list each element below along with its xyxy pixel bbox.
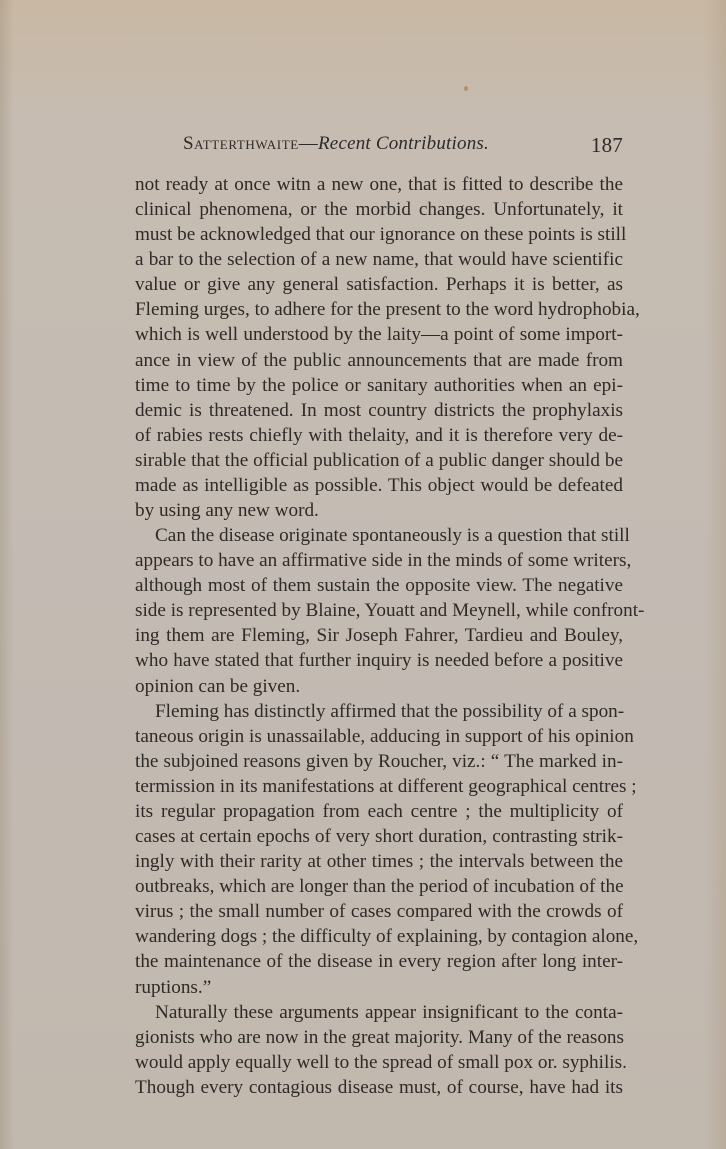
text-line: ance in view of the public announcements…	[135, 348, 623, 373]
text-line: would apply equally well to the spread o…	[135, 1050, 623, 1075]
running-head-dash: —	[299, 133, 318, 154]
text-line: side is represented by Blaine, Youatt an…	[135, 598, 623, 623]
running-head-author: Satterthwaite	[183, 133, 299, 154]
text-line: although most of them sustain the opposi…	[135, 573, 623, 598]
paper-foxing-spot	[464, 86, 468, 91]
text-line: must be acknowledged that our ignorance …	[135, 222, 623, 247]
text-line: which is well understood by the laity—a …	[135, 322, 623, 347]
running-head: Satterthwaite—Recent Contributions. 187	[183, 133, 623, 163]
text-line: ruptions.”	[135, 975, 623, 1000]
text-line: value or give any general satisfaction. …	[135, 272, 623, 297]
paragraph-start-line: Fleming has distinctly affirmed that the…	[135, 699, 623, 724]
text-line: ingly with their rarity at other times ;…	[135, 849, 623, 874]
text-line: its regular propagation from each centre…	[135, 799, 623, 824]
text-line: ing them are Fleming, Sir Joseph Fahrer,…	[135, 623, 623, 648]
text-line: made as intelligible as possible. This o…	[135, 473, 623, 498]
text-line: of rabies rests chiefly with thelaity, a…	[135, 423, 623, 448]
text-line: who have stated that further inquiry is …	[135, 648, 623, 673]
text-line: Though every contagious disease must, of…	[135, 1075, 623, 1100]
text-line: virus ; the small number of cases compar…	[135, 899, 623, 924]
text-line: time to time by the police or sanitary a…	[135, 373, 623, 398]
text-line: termission in its manifestations at diff…	[135, 774, 623, 799]
paragraph-start-line: Naturally these arguments appear insigni…	[135, 1000, 623, 1025]
body-text: not ready at once witn a new one, that i…	[135, 172, 623, 1100]
text-line: wandering dogs ; the difficulty of expla…	[135, 924, 623, 949]
text-line: not ready at once witn a new one, that i…	[135, 172, 623, 197]
text-line: a bar to the selection of a new name, th…	[135, 247, 623, 272]
text-line: gionists who are now in the great majori…	[135, 1025, 623, 1050]
text-line: appears to have an affirmative side in t…	[135, 548, 623, 573]
text-line: sirable that the official publication of…	[135, 448, 623, 473]
running-head-title: Recent Contributions.	[318, 133, 489, 154]
page-edge-shadow-right	[704, 0, 726, 1149]
text-line: by using any new word.	[135, 498, 623, 523]
text-line: opinion can be given.	[135, 674, 623, 699]
paragraph-start-line: Can the disease originate spontaneously …	[135, 523, 623, 548]
text-line: the maintenance of the disease in every …	[135, 949, 623, 974]
page-edge-shadow-left	[0, 0, 14, 1149]
text-line: Fleming urges, to adhere for the present…	[135, 297, 623, 322]
text-line: the subjoined reasons given by Roucher, …	[135, 749, 623, 774]
text-line: clinical phenomena, or the morbid change…	[135, 197, 623, 222]
page-number: 187	[591, 133, 623, 158]
text-line: taneous origin is unassailable, adducing…	[135, 724, 623, 749]
text-line: outbreaks, which are longer than the per…	[135, 874, 623, 899]
text-line: cases at certain epochs of very short du…	[135, 824, 623, 849]
text-line: demic is threatened. In most country dis…	[135, 398, 623, 423]
